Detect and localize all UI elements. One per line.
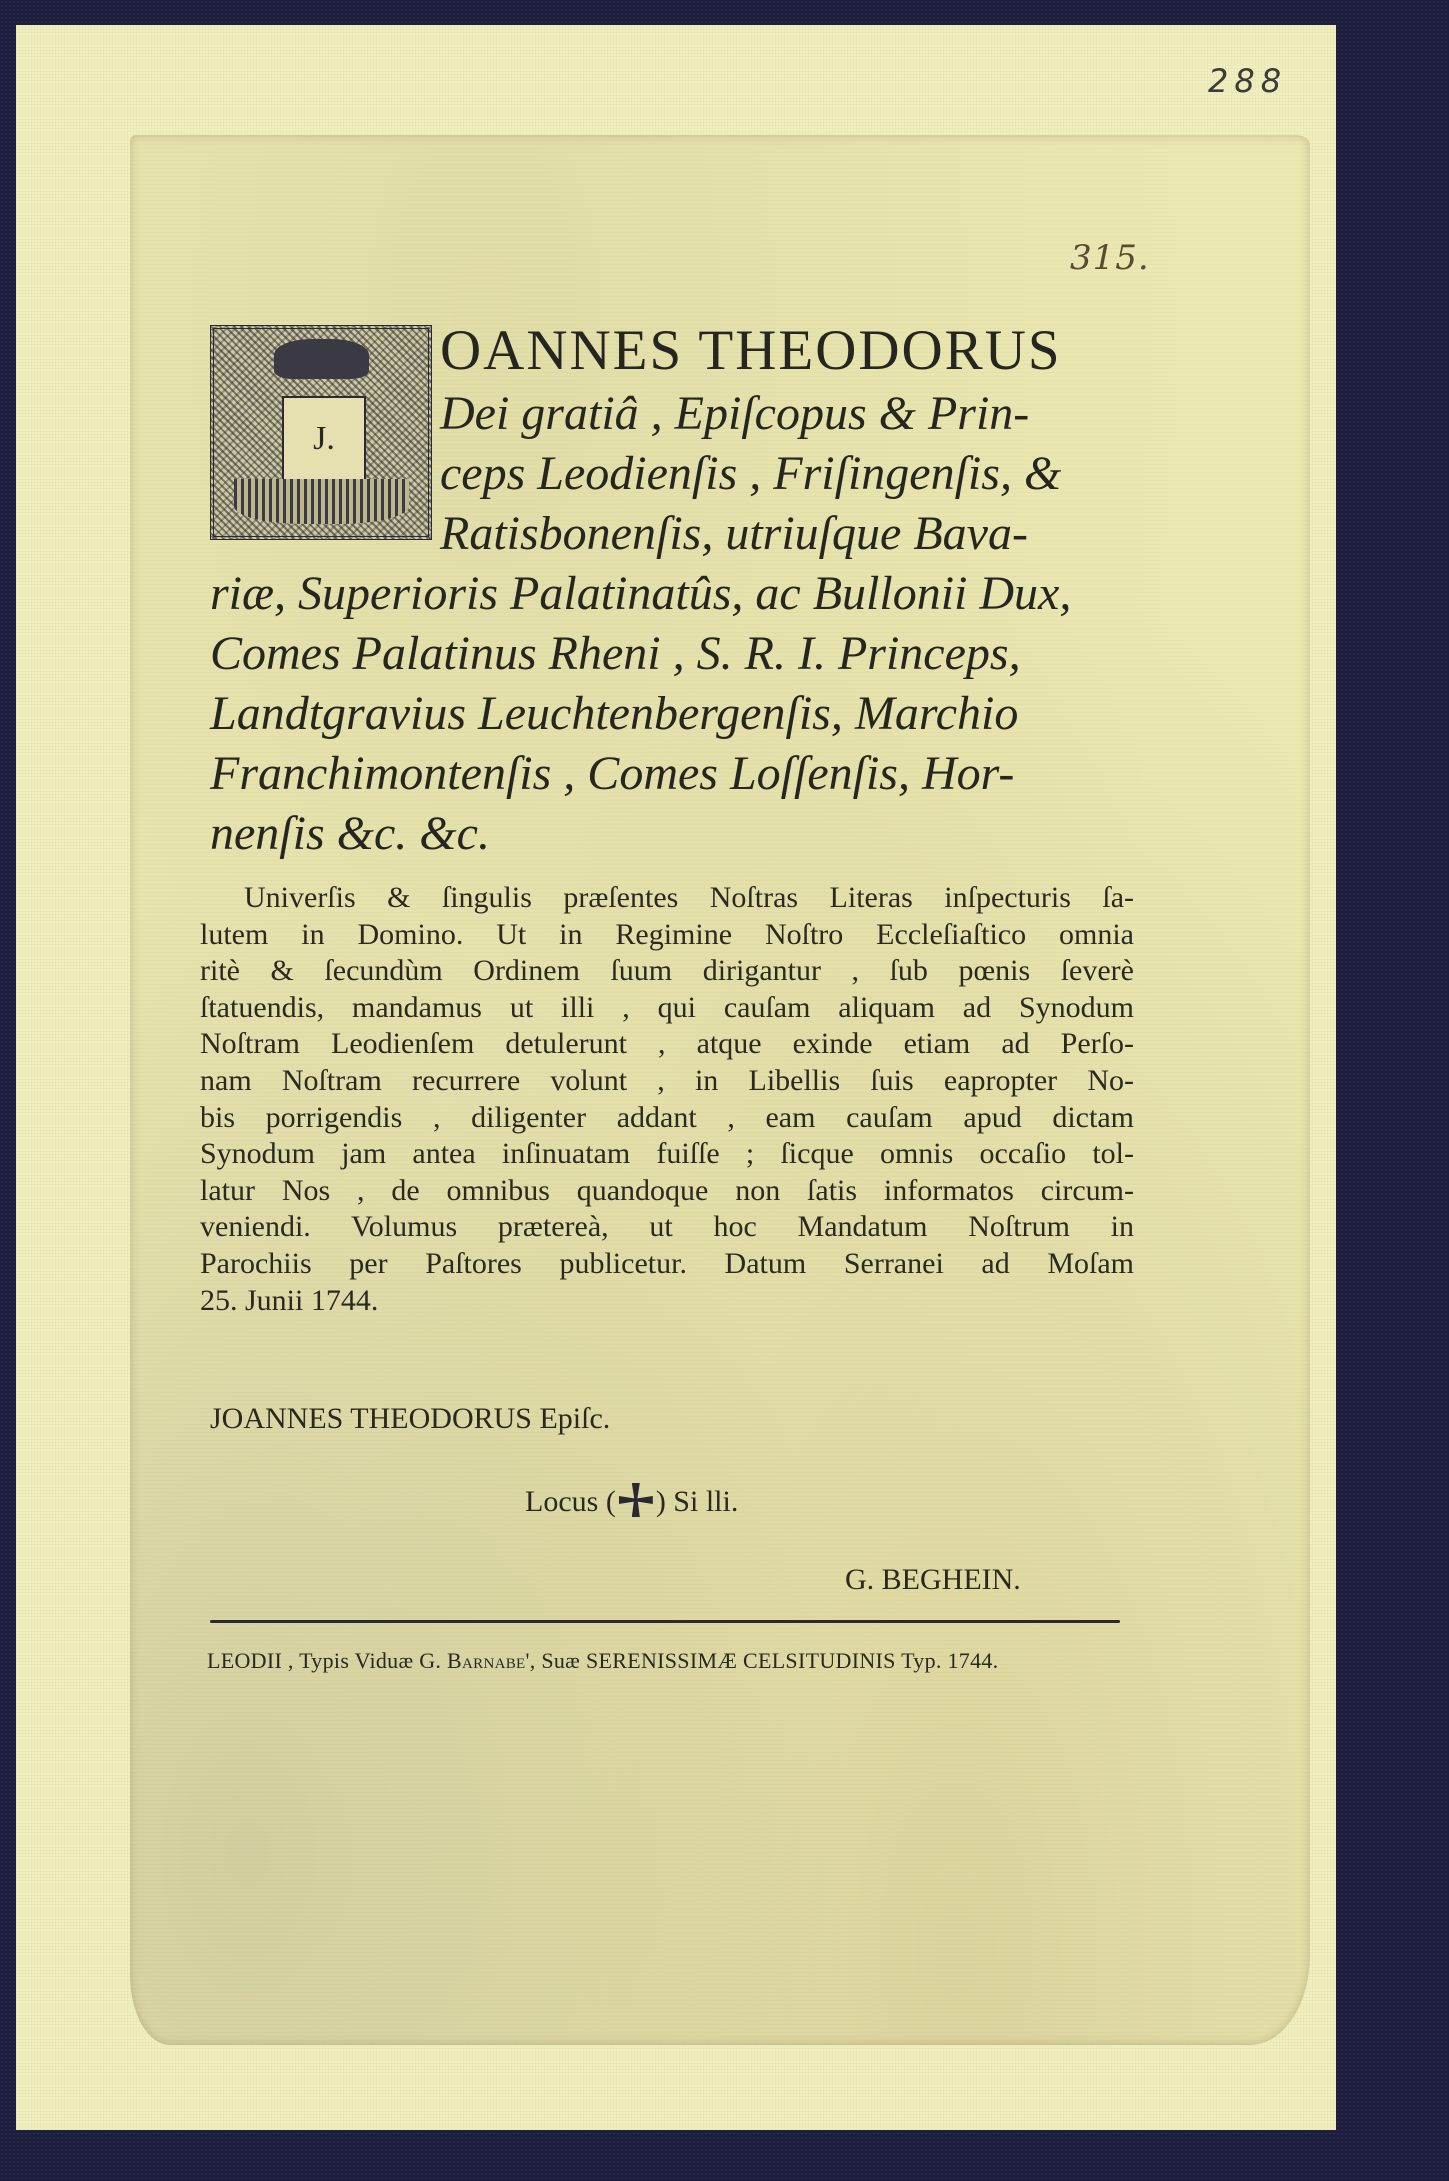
bishop-signature: JOANNES THEODORUS Epiſc. xyxy=(210,1402,610,1436)
heading-line: nenſis &c. &c. xyxy=(210,806,490,861)
locus-sigilli: Locus () Si lli. xyxy=(525,1483,738,1519)
body-line: Parochiis per Paſtores publicetur. Datum… xyxy=(200,1246,1134,1283)
body-line: ſtatuendis, mandamus ut illi , qui cauſa… xyxy=(200,990,1134,1027)
heading-line: Franchimontenſis , Comes Loſſenſis, Hor- xyxy=(210,746,1014,801)
heading-line: Dei gratiâ , Epiſcopus & Prin- xyxy=(440,386,1029,441)
secretary-signature: G. BEGHEIN. xyxy=(845,1563,1021,1597)
body-line-date: 25. Junii 1744. xyxy=(200,1283,1134,1320)
body-line: ritè & ſecundùm Ordinem ſuum dirigantur … xyxy=(200,953,1134,990)
body-line: nam Noſtram recurrere volunt , in Libell… xyxy=(200,1063,1134,1100)
heading-line: Ratisbonenſis, utriuſque Bava- xyxy=(440,506,1028,561)
crown-icon xyxy=(274,339,369,379)
woodcut-base-ornament xyxy=(234,479,409,524)
body-line: Univerſis & ſingulis præſentes Noſtras L… xyxy=(244,880,1134,917)
body-line: latur Nos , de omnibus quandoque non ſat… xyxy=(200,1173,1134,1210)
heading-line: Comes Palatinus Rheni , S. R. I. Princep… xyxy=(210,626,1021,681)
heading-line: ceps Leodienſis , Friſingenſis, & xyxy=(440,446,1061,501)
pencil-folio-number: 288 xyxy=(1208,62,1287,100)
heading-title: OANNES THEODORUS xyxy=(440,318,1062,383)
mandate-body: Univerſis & ſingulis præſentes Noſtras L… xyxy=(244,880,1134,1319)
sigilli-label: ) Si lli. xyxy=(656,1485,739,1518)
initial-letter: J. xyxy=(282,396,366,482)
body-line: veniendi. Volumus prætereà, ut hoc Manda… xyxy=(200,1209,1134,1246)
locus-label: Locus ( xyxy=(525,1485,616,1518)
body-line: Synodum jam antea inſinuatam fuiſſe ; ſi… xyxy=(200,1136,1134,1173)
colophon-printer: Barnabe' xyxy=(447,1648,530,1673)
body-line: Noſtram Leodienſem detulerunt , atque ex… xyxy=(200,1026,1134,1063)
divider-rule xyxy=(210,1620,1120,1623)
printer-colophon: LEODII , Typis Viduæ G. Barnabe', Suæ SE… xyxy=(207,1648,999,1674)
maltese-cross-icon xyxy=(619,1483,653,1517)
woodcut-initial-crown-icon: J. xyxy=(210,325,432,540)
colophon-rest: , Suæ SERENISSIMÆ CELSITUDINIS Typ. 1744… xyxy=(530,1648,999,1673)
ink-folio-number: 315. xyxy=(1070,238,1150,278)
heading-line: riæ, Superioris Palatinatûs, ac Bullonii… xyxy=(210,566,1071,621)
colophon-place: LEODII , Typis Viduæ G. xyxy=(207,1648,447,1673)
body-line: lutem in Domino. Ut in Regimine Noſtro E… xyxy=(200,917,1134,954)
body-line: bis porrigendis , diligenter addant , ea… xyxy=(200,1100,1134,1137)
heading-line: Landtgravius Leuchtenbergenſis, Marchio xyxy=(210,686,1018,741)
